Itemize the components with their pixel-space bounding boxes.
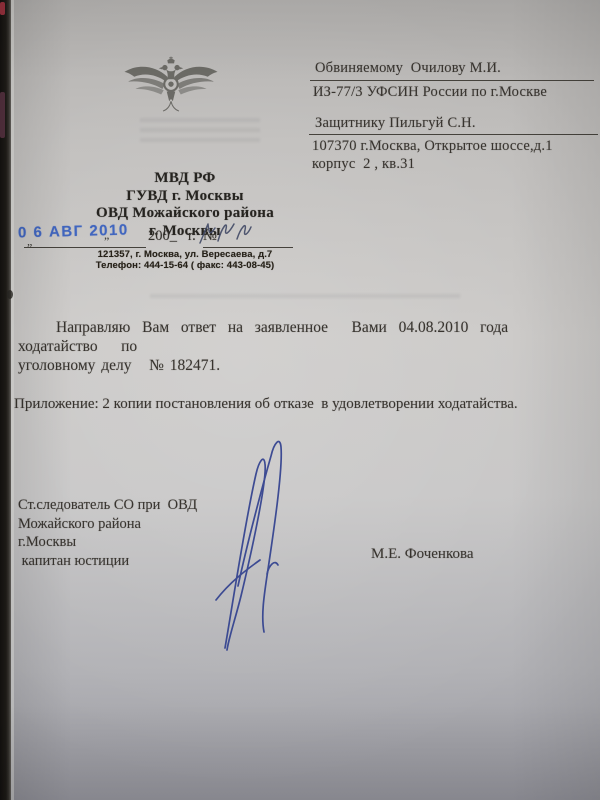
signer-position-block: Ст.следователь СО при ОВД Можайского рай… — [18, 496, 197, 570]
addressee-defender: Защитнику Пильгуй С.Н. — [315, 115, 476, 132]
attachment-line: Приложение: 2 копии постановления об отк… — [14, 396, 590, 413]
handwritten-signature-icon — [200, 424, 325, 656]
addressee-facility: ИЗ-77/3 УФСИН России по г.Москве — [313, 84, 547, 101]
signer-position-line3: г.Москвы — [18, 533, 197, 552]
signer-position-line4: капитан юстиции — [18, 552, 197, 571]
signer-name: М.Е. Фоченкова — [371, 546, 474, 563]
handwritten-number-icon — [196, 218, 252, 248]
body-paragraph: Направляю Вам ответ на заявленное Вами 0… — [18, 318, 584, 375]
binding-purple-mark — [0, 92, 5, 138]
addressee-address-line1: 107370 г.Москва, Открытое шоссе,д.1 — [312, 138, 553, 155]
bleed-through-ghost — [140, 118, 260, 144]
letterhead-org-line3: ОВД Можайского района — [40, 205, 330, 223]
letterhead-address: 121357, г. Москва, ул. Вересаева, д.7 — [40, 250, 330, 261]
bleed-through-ghost — [150, 294, 460, 301]
incoming-date-stamp: 0 6 АВГ 2010 — [18, 222, 129, 242]
date-blank-line — [24, 247, 146, 248]
addressee-rule-2 — [309, 134, 598, 135]
binding-red-mark — [0, 2, 5, 15]
letterhead-org-line2: ГУВД г. Москвы — [40, 188, 330, 206]
addressee-accused: Обвиняемому Очилову М.И. — [315, 60, 501, 77]
signer-position-line1: Ст.следователь СО при ОВД — [18, 496, 197, 515]
letterhead-phone: Телефон: 444-15-64 ( факс: 443-08-45) — [40, 261, 330, 272]
signer-position-line2: Можайского района — [18, 515, 197, 534]
binding-nick — [7, 290, 13, 299]
addressee-rule-1 — [310, 80, 594, 81]
letterhead-org-line1: МВД РФ — [40, 170, 330, 188]
scanned-letter-photo: Обвиняемому Очилову М.И. ИЗ-77/3 УФСИН Р… — [0, 0, 600, 800]
